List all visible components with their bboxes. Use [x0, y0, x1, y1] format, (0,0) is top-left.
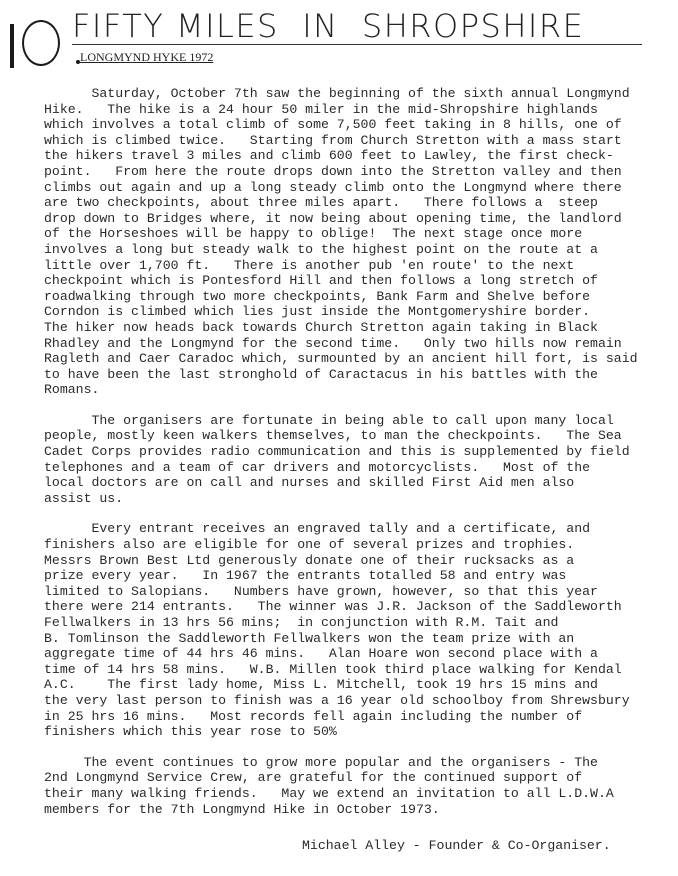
text-line: Hike. The hike is a 24 hour 50 miler in … — [44, 102, 678, 118]
paragraph-closing: The event continues to grow more popular… — [44, 755, 678, 817]
text-line: people, mostly keen walkers themselves, … — [44, 428, 678, 444]
text-line: assist us. — [44, 491, 678, 507]
text-line: A.C. The first lady home, Miss L. Mitche… — [44, 677, 678, 693]
article-title: FIFTY MILES IN SHROPSHIRE — [72, 8, 642, 45]
signature: Michael Alley - Founder & Co-Organiser. — [302, 838, 611, 853]
text-line: checkpoint which is Pontesford Hill and … — [44, 273, 678, 289]
text-line: Corndon is climbed which lies just insid… — [44, 304, 678, 320]
paragraph-organisers: The organisers are fortunate in being ab… — [44, 413, 678, 507]
page-number — [10, 20, 60, 70]
text-line: which involves a total climb of some 7,5… — [44, 117, 678, 133]
text-line: involves a long but steady walk to the h… — [44, 242, 678, 258]
page-number-digit-zero — [22, 20, 60, 66]
text-line: Rhadley and the Longmynd for the second … — [44, 336, 678, 352]
text-line: Fellwalkers in 13 hrs 56 mins; in conjun… — [44, 615, 678, 631]
paragraph-results: Every entrant receives an engraved tally… — [44, 521, 678, 739]
text-line: B. Tomlinson the Saddleworth Fellwalkers… — [44, 631, 678, 647]
paragraph-route: Saturday, October 7th saw the beginning … — [44, 86, 678, 398]
text-line: finishers also are eligible for one of s… — [44, 537, 678, 553]
text-line: to have been the last stronghold of Cara… — [44, 367, 678, 383]
text-line: limited to Salopians. Numbers have grown… — [44, 584, 678, 600]
text-line: The event continues to grow more popular… — [44, 755, 678, 771]
text-line: of the Horseshoes will be happy to oblig… — [44, 226, 678, 242]
text-line: Messrs Brown Best Ltd generously donate … — [44, 553, 678, 569]
page-number-digit-one — [10, 24, 14, 68]
text-line: members for the 7th Longmynd Hike in Oct… — [44, 802, 678, 818]
text-line: the hikers travel 3 miles and climb 600 … — [44, 148, 678, 164]
text-line: Every entrant receives an engraved tally… — [44, 521, 678, 537]
text-line: Ragleth and Caer Caradoc which, surmount… — [44, 351, 678, 367]
text-line: Romans. — [44, 382, 678, 398]
text-line: Saturday, October 7th saw the beginning … — [44, 86, 678, 102]
text-line: local doctors are on call and nurses and… — [44, 475, 678, 491]
text-line: drop down to Bridges where, it now being… — [44, 211, 678, 227]
text-line: The hiker now heads back towards Church … — [44, 320, 678, 336]
text-line: roadwalking through two more checkpoints… — [44, 289, 678, 305]
text-line: The organisers are fortunate in being ab… — [44, 413, 678, 429]
text-line: prize every year. In 1967 the entrants t… — [44, 568, 678, 584]
text-line: their many walking friends. May we exten… — [44, 786, 678, 802]
text-line: telephones and a team of car drivers and… — [44, 460, 678, 476]
text-line: time of 14 hrs 58 mins. W.B. Millen took… — [44, 662, 678, 678]
text-line: little over 1,700 ft. There is another p… — [44, 258, 678, 274]
text-line: 2nd Longmynd Service Crew, are grateful … — [44, 770, 678, 786]
text-line: the very last person to finish was a 16 … — [44, 693, 678, 709]
text-line: climbs out again and up a long steady cl… — [44, 180, 678, 196]
text-line: finishers which this year rose to 50% — [44, 724, 678, 740]
text-line: aggregate time of 44 hrs 46 mins. Alan H… — [44, 646, 678, 662]
text-line: which is climbed twice. Starting from Ch… — [44, 133, 678, 149]
text-line: point. From here the route drops down in… — [44, 164, 678, 180]
text-line: Cadet Corps provides radio communication… — [44, 444, 678, 460]
article-subtitle: LONGMYND HYKE 1972 — [80, 50, 213, 65]
text-line: there were 214 entrants. The winner was … — [44, 599, 678, 615]
text-line: are two checkpoints, about three miles a… — [44, 195, 678, 211]
text-line: in 25 hrs 16 mins. Most records fell aga… — [44, 709, 678, 725]
article-body: Saturday, October 7th saw the beginning … — [44, 86, 678, 832]
